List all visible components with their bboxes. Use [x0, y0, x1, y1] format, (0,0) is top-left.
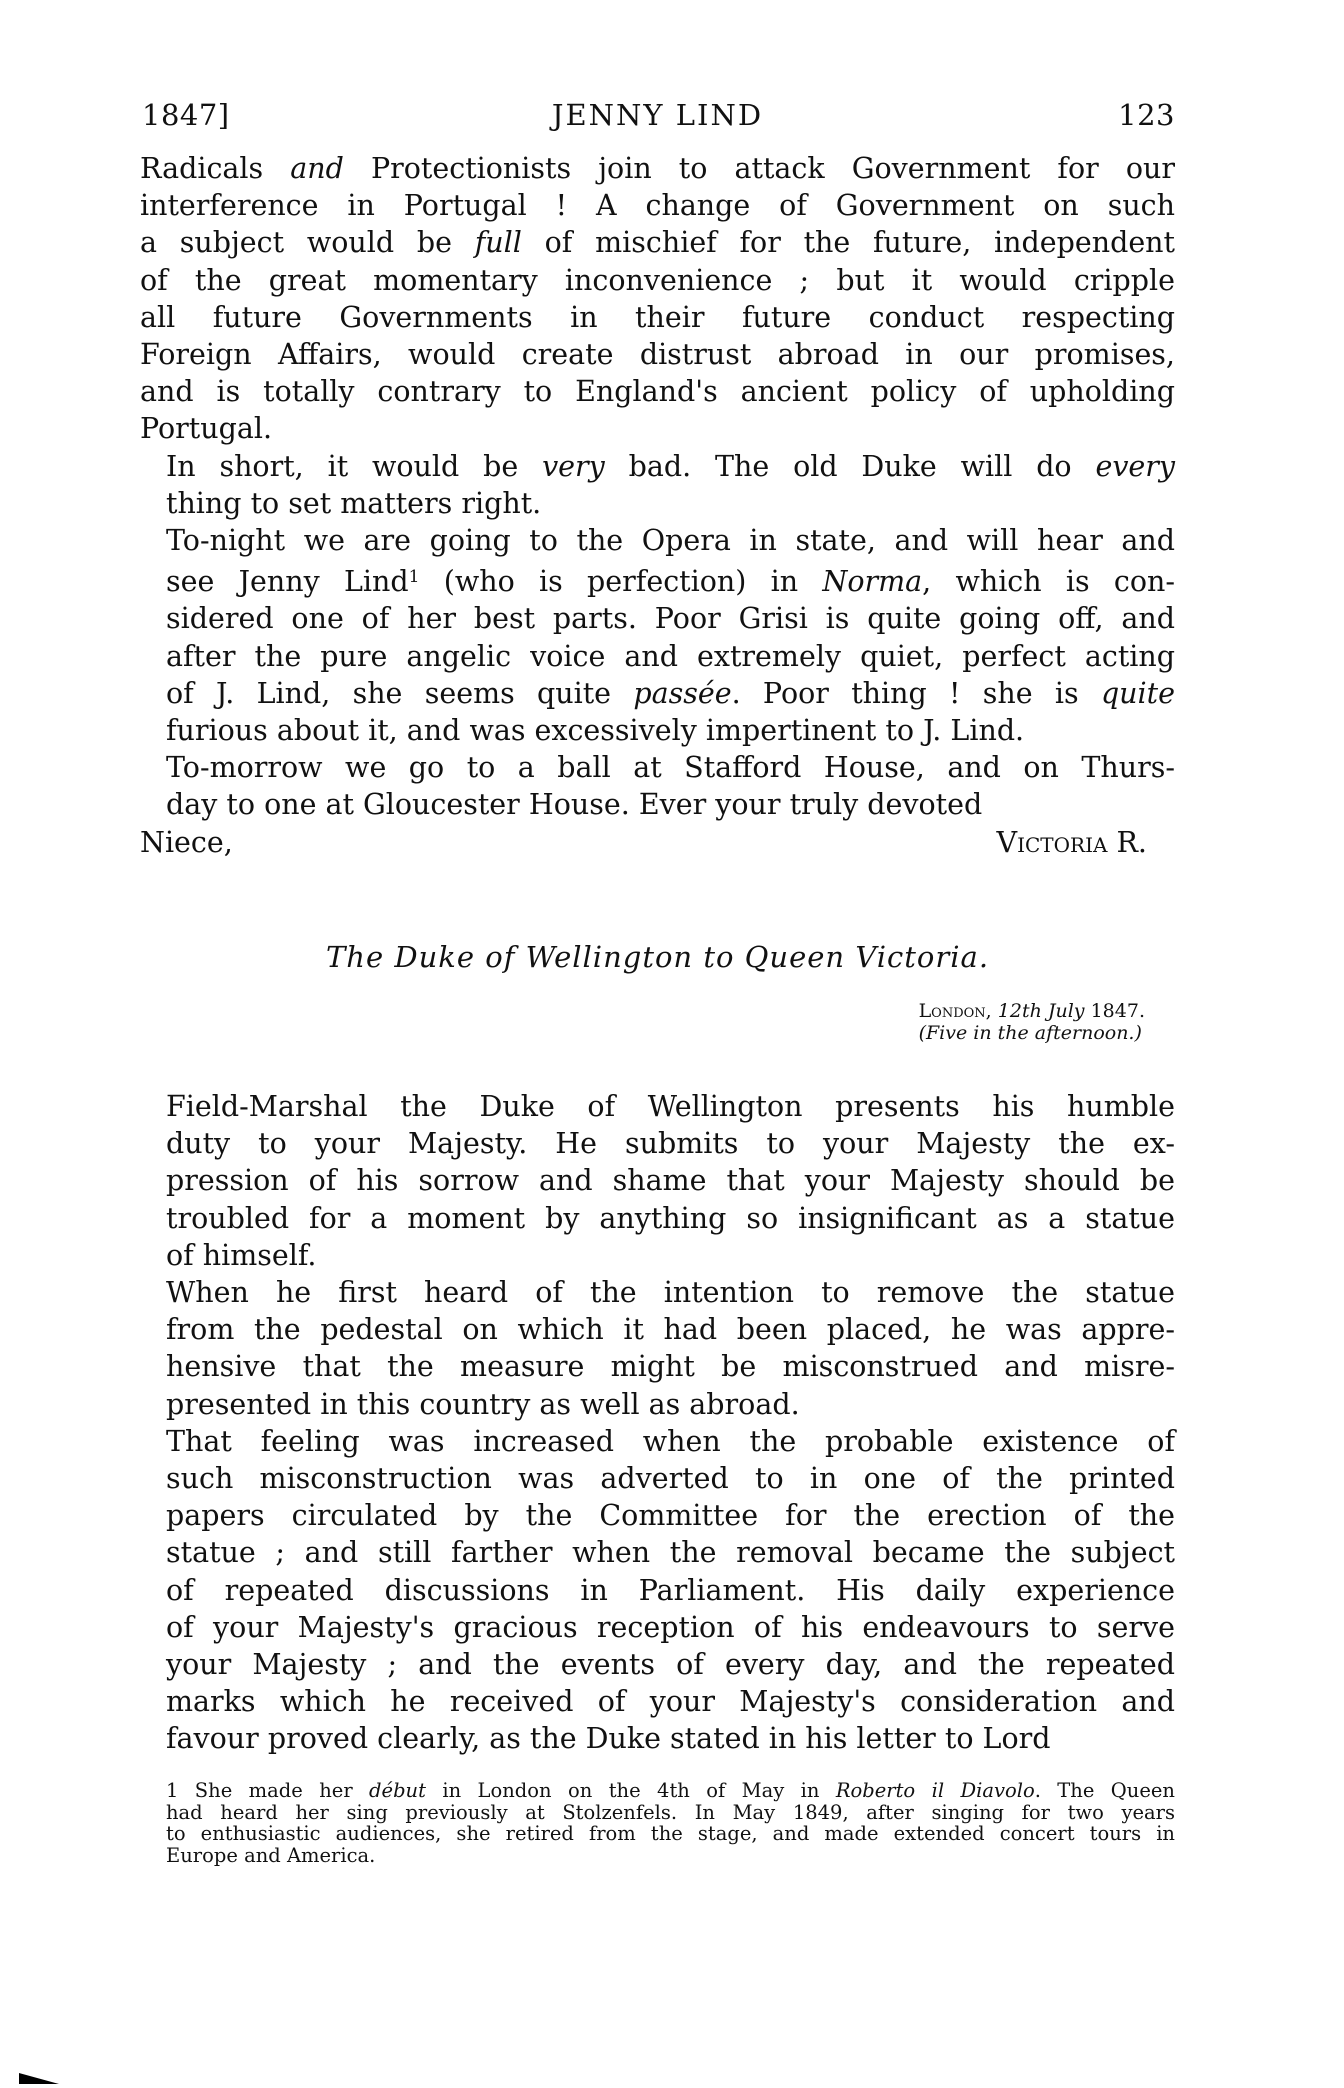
text-line: duty to your Majesty. He submits to your…	[140, 1125, 1175, 1162]
text-line: To-morrow we go to a ball at Stafford Ho…	[140, 749, 1175, 786]
text-line: troubled for a moment by anything so ins…	[140, 1200, 1175, 1237]
text-line: furious about it, and was excessively im…	[140, 712, 1175, 749]
text-line: Radicals and Protectionists join to atta…	[140, 150, 1175, 187]
text-line: of repeated discussions in Parliament. H…	[140, 1572, 1175, 1609]
text-line: marks which he received of your Majesty'…	[140, 1683, 1175, 1720]
letter-victoria: Radicals and Protectionists join to atta…	[140, 150, 1175, 861]
text-line: of J. Lind, she seems quite passée. Poor…	[140, 675, 1175, 712]
paragraph: Field-Marshal the Duke of Wellington pre…	[140, 1088, 1175, 1274]
paragraph: Radicals and Protectionists join to atta…	[140, 150, 1175, 448]
dateline-year: 1847.	[1091, 1000, 1145, 1022]
text-line: such misconstruction was adverted to in …	[140, 1460, 1175, 1497]
text-line: had heard her sing previously at Stolzen…	[140, 1802, 1175, 1824]
text-line: day to one at Gloucester House. Ever you…	[140, 786, 1175, 823]
text-line: Europe and America.	[140, 1845, 1175, 1867]
text-line: of the great momentary inconvenience ; b…	[140, 262, 1175, 299]
text-line: a subject would be full of mischief for …	[140, 224, 1175, 261]
scan-edge-mark	[19, 2073, 59, 2084]
dateline-time: (Five in the afternoon.)	[919, 1022, 1142, 1044]
paragraph: That feeling was increased when the prob…	[140, 1423, 1175, 1758]
text-line: 1 She made her début in London on the 4t…	[140, 1780, 1175, 1802]
text-line: interference in Portugal ! A change of G…	[140, 187, 1175, 224]
letter-wellington: Field-Marshal the Duke of Wellington pre…	[140, 1088, 1175, 1758]
paragraph: To-morrow we go to a ball at Stafford Ho…	[140, 749, 1175, 823]
dateline: London, 12th July 1847. (Five in the aft…	[919, 1000, 1145, 1044]
page-number: 123	[1118, 98, 1175, 132]
text-line: your Majesty ; and the events of every d…	[140, 1646, 1175, 1683]
text-line: favour proved clearly, as the Duke state…	[140, 1720, 1175, 1757]
paragraph: When he first heard of the intention to …	[140, 1274, 1175, 1423]
running-head: 1847] JENNY LIND 123	[140, 98, 1175, 138]
text-line: of himself.	[140, 1237, 1175, 1274]
letter-heading: The Duke of Wellington to Queen Victoria…	[140, 940, 1175, 974]
text-line: see Jenny Lind1 (who is perfection) in N…	[140, 559, 1175, 600]
text-line: to enthusiastic audiences, she retired f…	[140, 1823, 1175, 1845]
text-line: and is totally contrary to England's anc…	[140, 373, 1175, 410]
text-line: presented in this country as well as abr…	[140, 1386, 1175, 1423]
text-line: from the pedestal on which it had been p…	[140, 1311, 1175, 1348]
text-line: papers circulated by the Committee for t…	[140, 1497, 1175, 1534]
text-line: statue ; and still farther when the remo…	[140, 1534, 1175, 1571]
text-line: all future Governments in their future c…	[140, 299, 1175, 336]
text-line: In short, it would be very bad. The old …	[140, 448, 1175, 485]
dateline-month: July	[1048, 1000, 1085, 1022]
dateline-day: 12th	[998, 1000, 1042, 1022]
text-line: That feeling was increased when the prob…	[140, 1423, 1175, 1460]
paragraph: To-night we are going to the Opera in st…	[140, 522, 1175, 749]
dateline-place: London,	[919, 1000, 992, 1022]
text-line: Field-Marshal the Duke of Wellington pre…	[140, 1088, 1175, 1125]
text-line: pression of his sorrow and shame that yo…	[140, 1162, 1175, 1199]
footnote-text: 1 She made her début in London on the 4t…	[140, 1780, 1175, 1866]
text-line: When he first heard of the intention to …	[140, 1274, 1175, 1311]
text-line: thing to set matters right.	[140, 485, 1175, 522]
text-line: Portugal.	[140, 410, 1175, 447]
text-line: hensive that the measure might be miscon…	[140, 1348, 1175, 1385]
running-head-title: JENNY LIND	[140, 98, 1175, 132]
text-line: Foreign Affairs, would create distrust a…	[140, 336, 1175, 373]
text-line: after the pure angelic voice and extreme…	[140, 638, 1175, 675]
signature: Victoria R.	[996, 824, 1147, 861]
text-line: sidered one of her best parts. Poor Gris…	[140, 600, 1175, 637]
footnote: 1 She made her début in London on the 4t…	[140, 1780, 1175, 1866]
text-line: To-night we are going to the Opera in st…	[140, 522, 1175, 559]
paragraph: In short, it would be very bad. The old …	[140, 448, 1175, 522]
letter-closing: Niece, Victoria R.	[140, 824, 1175, 861]
closing-salutation: Niece,	[140, 824, 233, 861]
text-line: of your Majesty's gracious reception of …	[140, 1609, 1175, 1646]
